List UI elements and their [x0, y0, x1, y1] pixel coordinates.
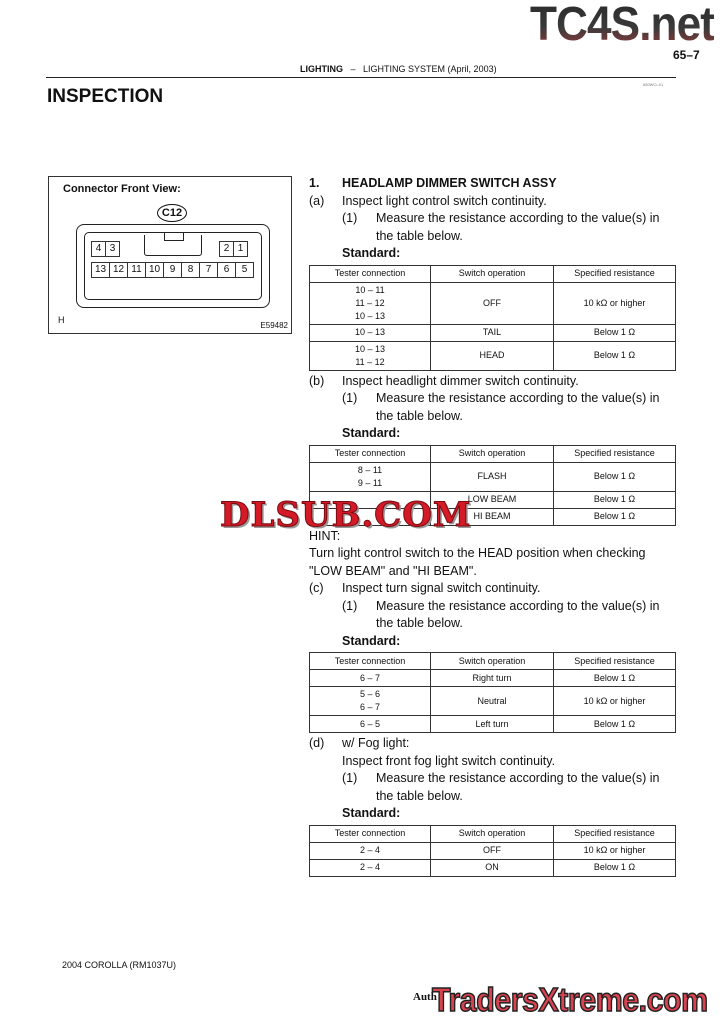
specified-resistance-cell: Below 1 Ω — [554, 859, 676, 876]
substep-text: the table below. — [376, 228, 463, 246]
table-header-row: Tester connectionSwitch operationSpecifi… — [310, 445, 676, 462]
substep-text: Measure the resistance according to the … — [376, 598, 659, 616]
text-line: (1)Measure the resistance according to t… — [309, 598, 677, 616]
standard-label: Standard: — [309, 805, 677, 823]
tester-connection: 10 – 13 — [310, 310, 430, 323]
text-line: the table below. — [309, 788, 677, 806]
connector-pin: 4 — [91, 241, 106, 257]
tester-connection-cell: 6 – 7 — [310, 670, 431, 687]
text-line: the table below. — [309, 615, 677, 633]
tester-connection: 10 – 13 — [310, 326, 430, 339]
switch-operation-cell: TAIL — [431, 324, 554, 341]
doc-id: 650WO–01 — [643, 82, 663, 87]
page-title: INSPECTION — [47, 86, 163, 108]
table-header-row: Tester connectionSwitch operationSpecifi… — [310, 825, 676, 842]
specified-resistance-cell: Below 1 Ω — [554, 462, 676, 491]
step-title: HEADLAMP DIMMER SWITCH ASSY — [342, 175, 557, 193]
text-line: Inspect front fog light switch continuit… — [309, 753, 677, 771]
text-line: (1)Measure the resistance according to t… — [309, 210, 677, 228]
substep-marker: (a) — [309, 193, 324, 211]
connector-pin: 12 — [109, 262, 128, 278]
switch-operation-cell: Neutral — [431, 687, 554, 716]
table-row: 5 – 66 – 7Neutral10 kΩ or higher — [310, 687, 676, 716]
substep-text: Measure the resistance according to the … — [376, 390, 659, 408]
header-rule — [46, 77, 676, 78]
column-header: Tester connection — [310, 265, 431, 282]
substep-marker: (b) — [309, 373, 324, 391]
spec-table: Tester connectionSwitch operationSpecifi… — [309, 825, 676, 877]
connector-pin: 8 — [181, 262, 200, 278]
tc4s-watermark: TC4S.net — [530, 0, 714, 50]
section-name: LIGHTING — [300, 64, 343, 74]
substep-heading: Inspect headlight dimmer switch continui… — [342, 373, 579, 391]
tester-connection-cell: 10 – 1311 – 12 — [310, 341, 431, 370]
specified-resistance-cell: Below 1 Ω — [554, 670, 676, 687]
tester-connection-cell: 6 – 5 — [310, 716, 431, 733]
column-header: Tester connection — [310, 825, 431, 842]
header-separator: – — [351, 64, 356, 74]
column-header: Switch operation — [431, 265, 554, 282]
step-heading: 1. HEADLAMP DIMMER SWITCH ASSY — [309, 175, 677, 193]
switch-operation-cell: FLASH — [431, 462, 554, 491]
tester-connection: 9 – 11 — [310, 477, 430, 490]
connector-id-badge: C12 — [157, 204, 187, 222]
column-header: Specified resistance — [554, 825, 676, 842]
connector-pin: 10 — [145, 262, 164, 278]
column-header: Specified resistance — [554, 653, 676, 670]
specified-resistance-cell: Below 1 Ω — [554, 716, 676, 733]
table-row: 8 – 119 – 11FLASHBelow 1 Ω — [310, 462, 676, 491]
text-line: "LOW BEAM" and "HI BEAM". — [309, 563, 677, 581]
substep-marker: (c) — [309, 580, 324, 598]
tester-connection: 10 – 11 — [310, 284, 430, 297]
subsection-name: LIGHTING SYSTEM (April, 2003) — [363, 64, 497, 74]
text-line: (b)Inspect headlight dimmer switch conti… — [309, 373, 677, 391]
page-number: 65–7 — [673, 48, 700, 62]
substep-marker: (d) — [309, 735, 324, 753]
tester-connection-cell: 5 – 66 – 7 — [310, 687, 431, 716]
tester-connection: 11 – 12 — [310, 356, 430, 369]
connector-pin: 2 — [219, 241, 234, 257]
substep-label: (1) — [342, 770, 357, 788]
table-row: 10 – 1311 – 12HEADBelow 1 Ω — [310, 341, 676, 370]
tester-connection: 10 – 13 — [310, 343, 430, 356]
table-row: 2 – 4ONBelow 1 Ω — [310, 859, 676, 876]
tradersxtreme-watermark: TradersXtreme.com — [432, 980, 708, 1020]
column-header: Tester connection — [310, 445, 431, 462]
column-header: Switch operation — [431, 445, 554, 462]
tester-connection: 6 – 7 — [310, 672, 430, 685]
tester-connection-cell: 2 – 4 — [310, 859, 431, 876]
tester-connection: 8 – 11 — [310, 464, 430, 477]
connector-pin: 9 — [163, 262, 182, 278]
standard-label: Standard: — [309, 425, 677, 443]
running-header: LIGHTING – LIGHTING SYSTEM (April, 2003) — [300, 64, 497, 74]
tester-connection-cell: 2 – 4 — [310, 842, 431, 859]
connector-pin: 6 — [217, 262, 236, 278]
substep-text: the table below. — [376, 408, 463, 426]
text-line: the table below. — [309, 228, 677, 246]
table-row: 2 – 4OFF10 kΩ or higher — [310, 842, 676, 859]
connector-pin: 7 — [199, 262, 218, 278]
substep-text: Measure the resistance according to the … — [376, 770, 659, 788]
figure-caption: Connector Front View: — [63, 183, 181, 195]
specified-resistance-cell: 10 kΩ or higher — [554, 687, 676, 716]
connector-figure: Connector Front View: C12 43211312111098… — [48, 176, 292, 334]
connector-pin: 11 — [127, 262, 146, 278]
specified-resistance-cell: 10 kΩ or higher — [554, 282, 676, 324]
text-line: (a)Inspect light control switch continui… — [309, 193, 677, 211]
substep-text: Inspect front fog light switch continuit… — [342, 753, 555, 771]
text-line: the table below. — [309, 408, 677, 426]
column-header: Specified resistance — [554, 265, 676, 282]
tester-connection: 2 – 4 — [310, 861, 430, 874]
table-row: 10 – 13TAILBelow 1 Ω — [310, 324, 676, 341]
specified-resistance-cell: Below 1 Ω — [554, 508, 676, 525]
spec-table: Tester connectionSwitch operationSpecifi… — [309, 652, 676, 733]
column-header: Switch operation — [431, 825, 554, 842]
table-row: 6 – 7Right turnBelow 1 Ω — [310, 670, 676, 687]
spec-table: Tester connectionSwitch operationSpecifi… — [309, 265, 676, 371]
table-header-row: Tester connectionSwitch operationSpecifi… — [310, 653, 676, 670]
substep-heading: Inspect turn signal switch continuity. — [342, 580, 540, 598]
text-line: (c)Inspect turn signal switch continuity… — [309, 580, 677, 598]
substep-heading: Inspect light control switch continuity. — [342, 193, 547, 211]
tester-connection: 2 – 4 — [310, 844, 430, 857]
figure-code: E59482 — [260, 321, 288, 330]
text-line: (1)Measure the resistance according to t… — [309, 770, 677, 788]
table-header-row: Tester connectionSwitch operationSpecifi… — [310, 265, 676, 282]
column-header: Tester connection — [310, 653, 431, 670]
tester-connection: 5 – 6 — [310, 688, 430, 701]
substep-text: Measure the resistance according to the … — [376, 210, 659, 228]
text-line: (1)Measure the resistance according to t… — [309, 390, 677, 408]
hint-text: Turn light control switch to the HEAD po… — [309, 545, 646, 563]
substep-text: the table below. — [376, 788, 463, 806]
switch-operation-cell: Right turn — [431, 670, 554, 687]
dlsub-watermark: DLSUB.COM — [220, 497, 471, 533]
substep-label: (1) — [342, 210, 357, 228]
specified-resistance-cell: Below 1 Ω — [554, 324, 676, 341]
table-row: 6 – 5Left turnBelow 1 Ω — [310, 716, 676, 733]
switch-operation-cell: OFF — [431, 282, 554, 324]
hint-text: "LOW BEAM" and "HI BEAM". — [309, 563, 477, 581]
specified-resistance-cell: 10 kΩ or higher — [554, 842, 676, 859]
connector-pin: 5 — [235, 262, 254, 278]
specified-resistance-cell: Below 1 Ω — [554, 341, 676, 370]
tester-connection-cell: 8 – 119 – 11 — [310, 462, 431, 491]
specified-resistance-cell: Below 1 Ω — [554, 491, 676, 508]
tester-connection: 6 – 7 — [310, 701, 430, 714]
substep-label: (1) — [342, 390, 357, 408]
switch-operation-cell: Left turn — [431, 716, 554, 733]
column-header: Specified resistance — [554, 445, 676, 462]
switch-operation-cell: ON — [431, 859, 554, 876]
tester-connection: 6 – 5 — [310, 718, 430, 731]
tester-connection: 11 – 12 — [310, 297, 430, 310]
connector-pin: 1 — [233, 241, 248, 257]
column-header: Switch operation — [431, 653, 554, 670]
footer-model: 2004 COROLLA (RM1037U) — [62, 960, 176, 970]
tester-connection-cell: 10 – 1111 – 1210 – 13 — [310, 282, 431, 324]
switch-operation-cell: OFF — [431, 842, 554, 859]
connector-pin: 13 — [91, 262, 110, 278]
substep-text: the table below. — [376, 615, 463, 633]
substep-label: (1) — [342, 598, 357, 616]
switch-operation-cell: HEAD — [431, 341, 554, 370]
figure-corner-label: H — [58, 315, 65, 325]
table-row: 10 – 1111 – 1210 – 13OFF10 kΩ or higher — [310, 282, 676, 324]
step-number: 1. — [309, 176, 319, 190]
text-line: (d)w/ Fog light: — [309, 735, 677, 753]
connector-latch — [164, 233, 184, 241]
text-line: Turn light control switch to the HEAD po… — [309, 545, 677, 563]
substep-heading: w/ Fog light: — [342, 735, 409, 753]
connector-pin: 3 — [105, 241, 120, 257]
tester-connection-cell: 10 – 13 — [310, 324, 431, 341]
standard-label: Standard: — [309, 245, 677, 263]
standard-label: Standard: — [309, 633, 677, 651]
